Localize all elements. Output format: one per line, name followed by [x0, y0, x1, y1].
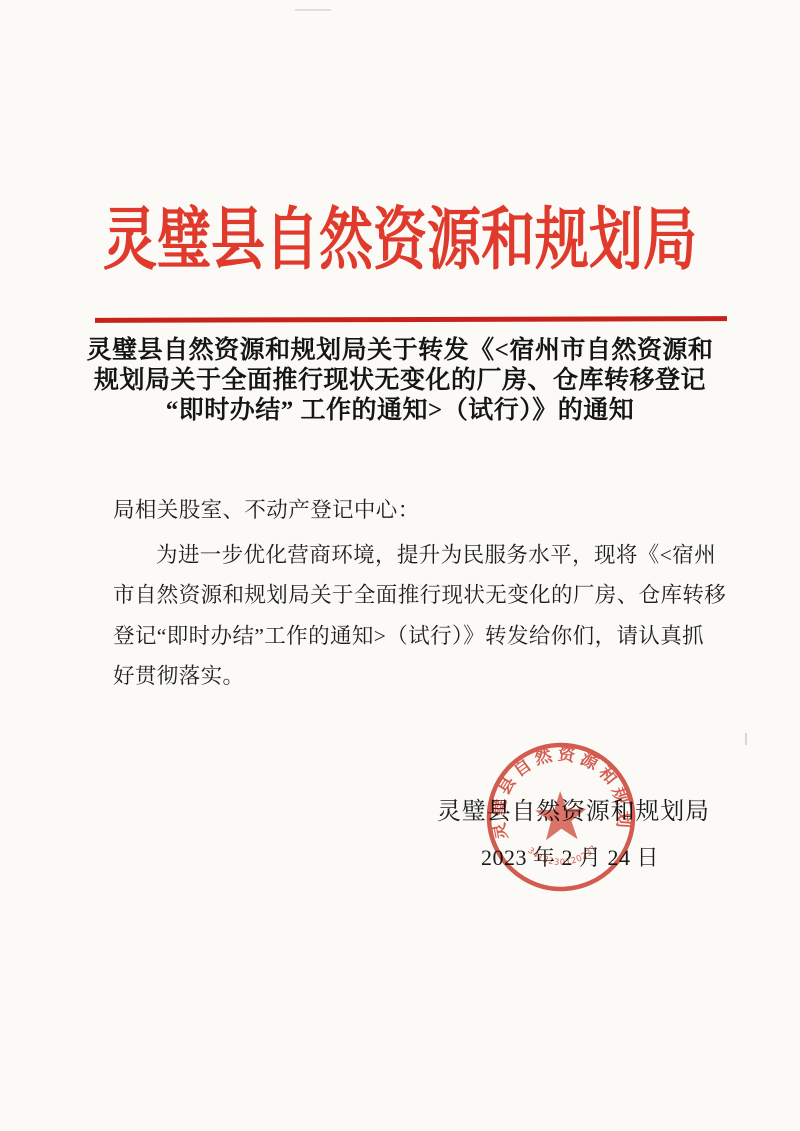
paragraph-line: 为进一步优化营商环境，提升为民服务水平，现将《<宿州: [113, 535, 733, 576]
document-title-line-3: “即时办结” 工作的通知>（试行）》的通知: [0, 396, 800, 426]
paragraph-line: 市自然资源和规划局关于全面推行现状无变化的厂房、仓库转移: [113, 575, 733, 616]
letterhead-divider-line: [95, 316, 727, 322]
paragraph-line: 登记“即时办结”工作的通知>（试行）》转发给你们，请认真抓: [113, 616, 733, 657]
seal-star-icon: [534, 790, 587, 841]
document-body: 局相关股室、不动产登记中心： 为进一步优化营商环境，提升为民服务水平，现将《<宿…: [113, 490, 733, 697]
document-title: 灵璧县自然资源和规划局关于转发《<宿州市自然资源和 规划局关于全面推行现状无变化…: [0, 336, 800, 426]
official-seal: 灵璧县自然资源和规划局 3413230120237: [478, 734, 643, 899]
scanned-document-page: 灵璧县自然资源和规划局 灵璧县自然资源和规划局关于转发《<宿州市自然资源和 规划…: [0, 0, 800, 1131]
seal-serial-number: 3413230120237: [525, 843, 600, 869]
document-title-line-2: 规划局关于全面推行现状无变化的厂房、仓库转移登记: [0, 366, 800, 396]
scan-artifact: [745, 733, 747, 745]
document-title-line-1: 灵璧县自然资源和规划局关于转发《<宿州市自然资源和: [0, 336, 800, 366]
scan-artifact: [295, 9, 331, 11]
letterhead-agency-name: 灵璧县自然资源和规划局: [0, 174, 800, 295]
paragraph-line: 好贯彻落实。: [113, 656, 733, 697]
salutation: 局相关股室、不动产登记中心：: [113, 490, 733, 531]
